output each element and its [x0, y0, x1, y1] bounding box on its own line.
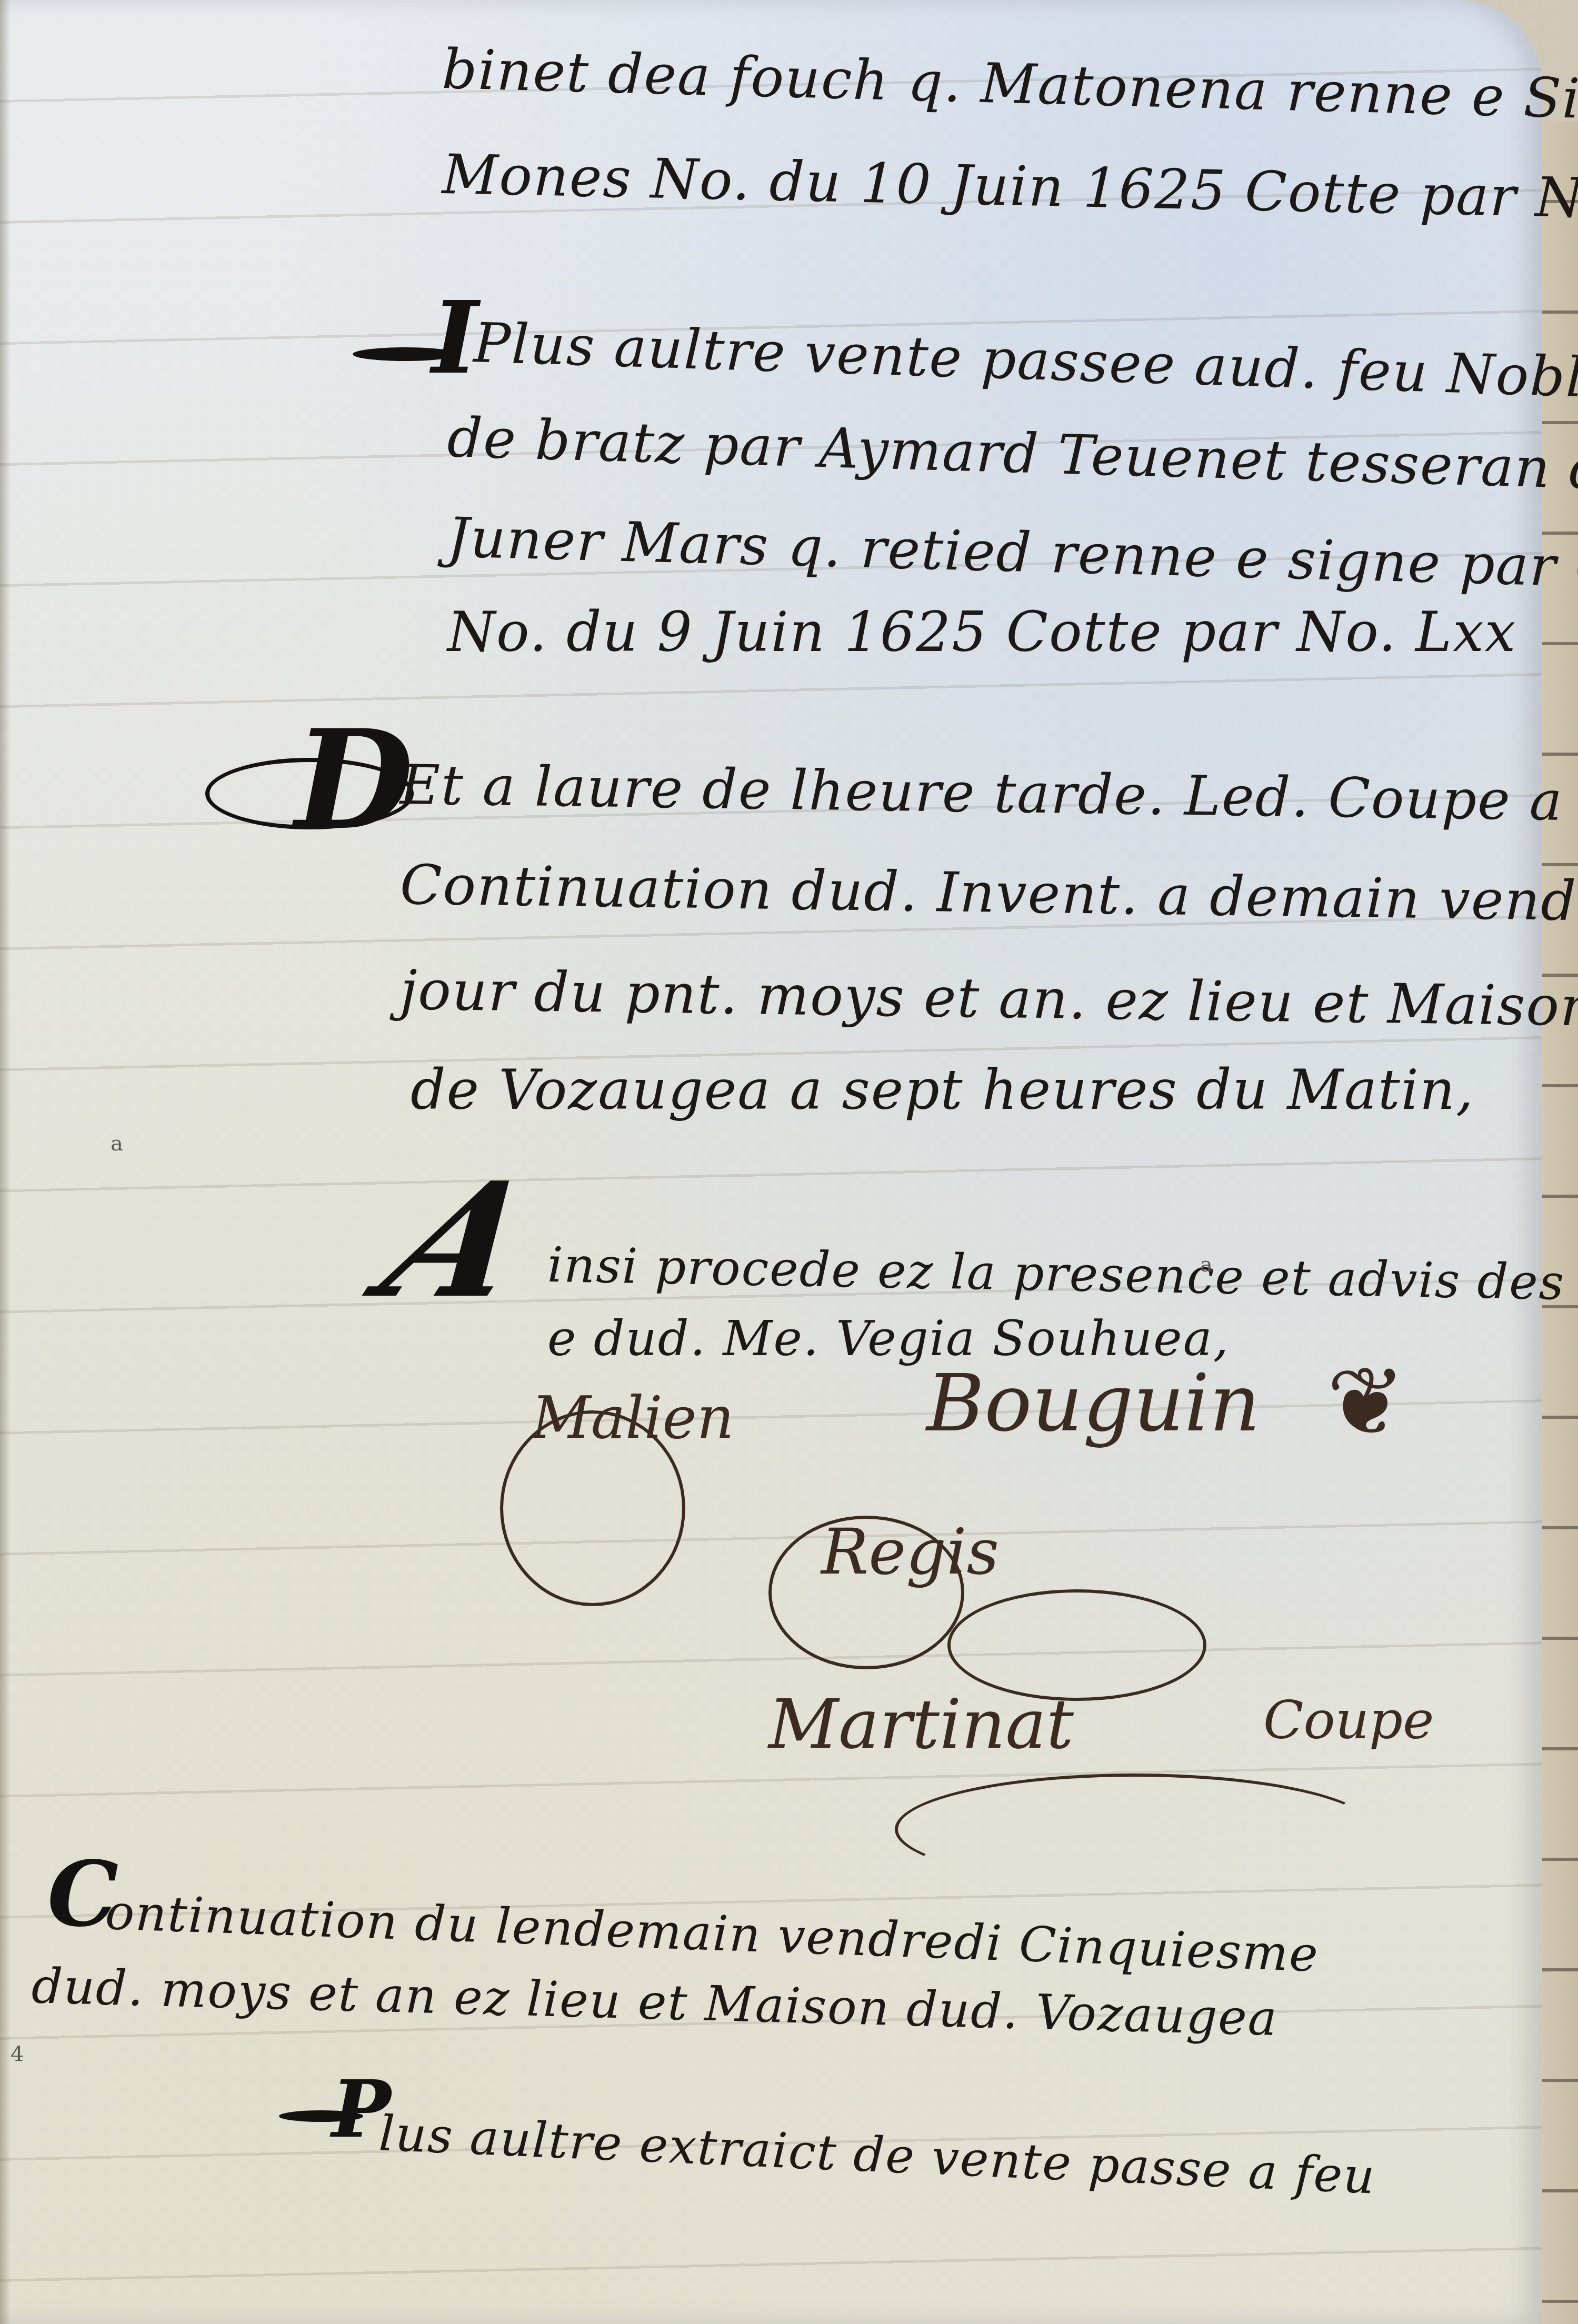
text-line: lus aultre extraict de vente passe a feu — [378, 2105, 1377, 2205]
text-line: Et a laure de lheure tarde. Led. Coupe a… — [400, 753, 1578, 837]
signature-bouguin: Bouguin — [926, 1358, 1260, 1449]
text-line: jour du pnt. moys et an. ez lieu et Mais… — [400, 958, 1578, 1042]
text-line: de Vozaugea a sept heures du Matin, — [411, 1058, 1474, 1122]
manuscript-page: binet dea fouch q. Matonena renne e Sign… — [0, 0, 1542, 2324]
manuscript-photo: binet dea fouch q. Matonena renne e Sign… — [0, 0, 1578, 2324]
text-line: insi procede ez la presence et advis des… — [547, 1237, 1578, 1315]
paraph-icon: ❦ — [1326, 1347, 1406, 1457]
text-line: Juner Mars q. retied renne e signe par C… — [446, 505, 1578, 608]
signature-coupe: Coupe — [1263, 1689, 1434, 1751]
margin-mark: a — [1200, 1253, 1213, 1277]
margin-mark: 4 — [11, 2042, 24, 2066]
text-line: Mones No. du 10 Juin 1625 Cotte par No. … — [442, 142, 1578, 234]
signature-malien: Malien — [532, 1384, 734, 1451]
text-line: de bratz par Aymard Teuenet tesseran de … — [446, 405, 1578, 505]
signature-flourish-icon — [895, 1774, 1375, 1885]
drop-initial: I — [432, 279, 478, 396]
margin-mark: a — [111, 1131, 123, 1156]
drop-initial: D — [295, 700, 413, 860]
drop-initial: A — [357, 1147, 566, 1333]
text-line: Continuation dud. Invent. a demain vendr… — [400, 853, 1578, 941]
text-line: No. du 9 Juin 1625 Cotte par No. Lxx — [447, 600, 1516, 664]
signature-regis: Regis — [821, 1516, 999, 1589]
text-line: binet dea fouch q. Matonena renne e Sign… — [441, 37, 1578, 137]
signature-martinat: Martinat — [768, 1684, 1074, 1764]
page-left-edge — [0, 0, 11, 2324]
text-line: Plus aultre vente passee aud. feu Noble … — [473, 310, 1578, 416]
